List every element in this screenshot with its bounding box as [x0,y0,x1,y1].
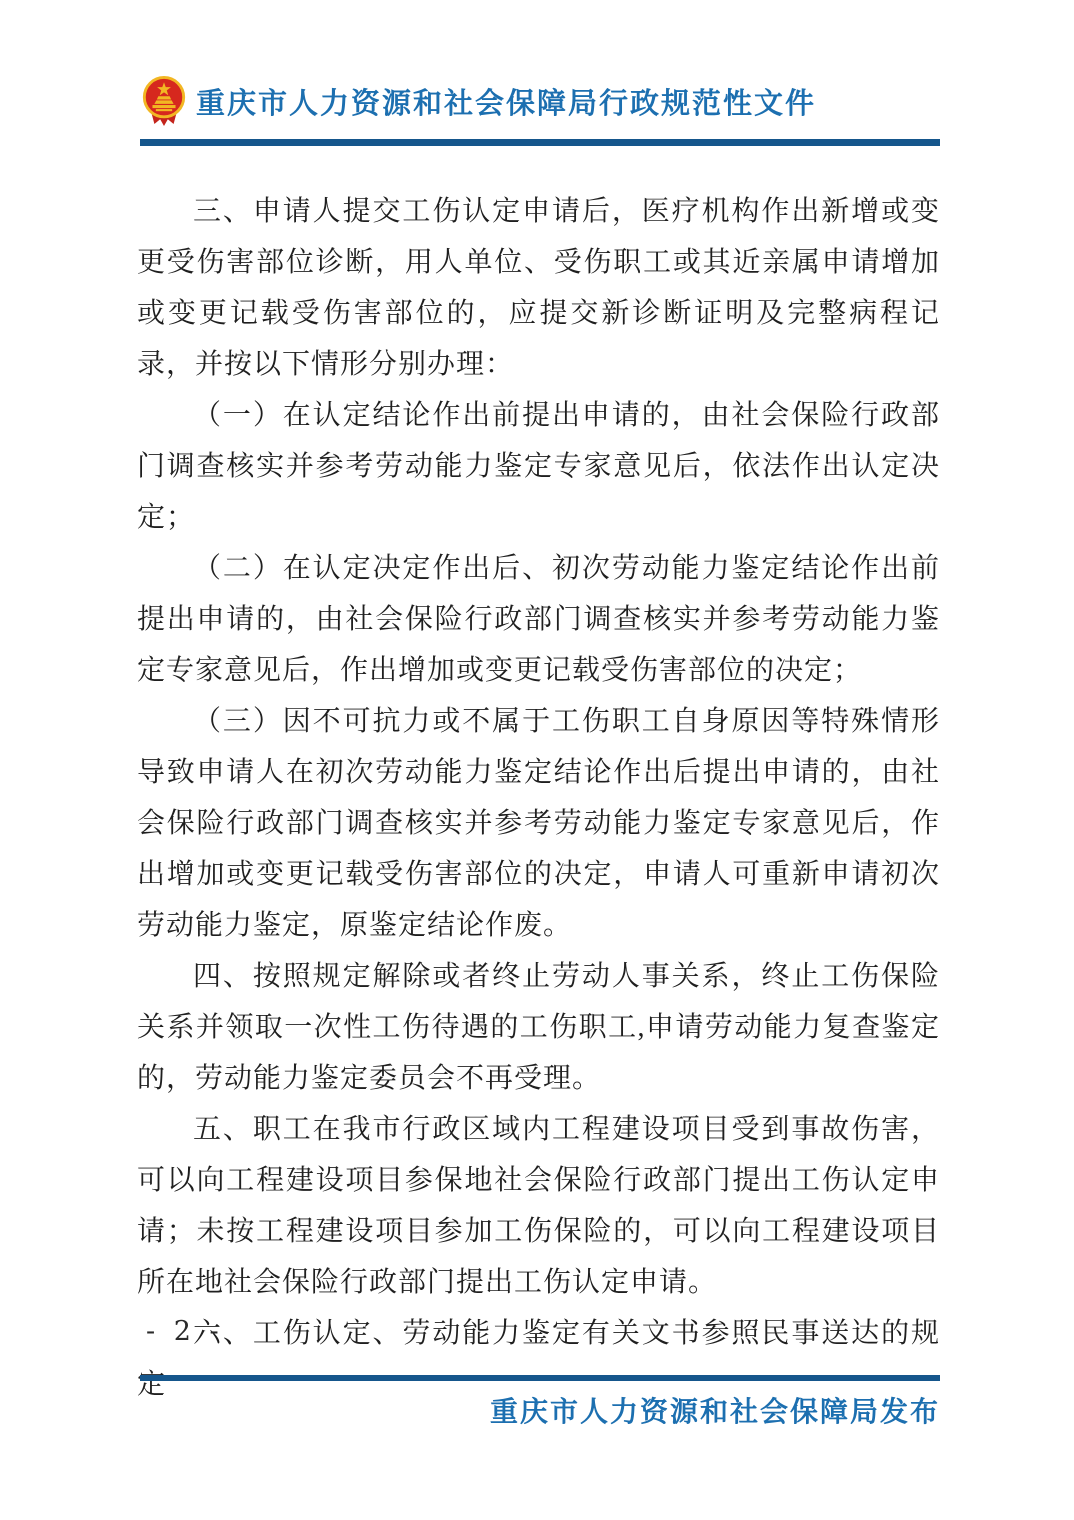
paragraph-item-3: 三、申请人提交工伤认定申请后，医疗机构作出新增或变更受伤害部位诊断，用人单位、受… [137,186,940,390]
national-emblem-icon [140,74,188,128]
publisher-label: 重庆市人力资源和社会保障局发布 [137,1390,940,1430]
document-page: 重庆市人力资源和社会保障局行政规范性文件 三、申请人提交工伤认定申请后，医疗机构… [0,0,1074,1520]
paragraph-sub-3: （三）因不可抗力或不属于工伤职工自身原因等特殊情形导致申请人在初次劳动能力鉴定结… [137,696,940,951]
paragraph-item-5: 五、职工在我市行政区域内工程建设项目受到事故伤害，可以向工程建设项目参保地社会保… [137,1104,940,1308]
paragraph-sub-1: （一）在认定结论作出前提出申请的，由社会保险行政部门调查核实并参考劳动能力鉴定专… [137,390,940,543]
paragraph-item-4: 四、按照规定解除或者终止劳动人事关系，终止工伤保险关系并领取一次性工伤待遇的工伤… [137,951,940,1104]
document-body: 三、申请人提交工伤认定申请后，医疗机构作出新增或变更受伤害部位诊断，用人单位、受… [137,186,940,1410]
page-number: - 2 - [146,1316,224,1347]
page-header: 重庆市人力资源和社会保障局行政规范性文件 [140,74,940,128]
footer-divider-rule [140,1375,940,1381]
header-divider-rule [140,139,940,146]
paragraph-sub-2: （二）在认定决定作出后、初次劳动能力鉴定结论作出前提出申请的，由社会保险行政部门… [137,543,940,696]
document-type-title: 重庆市人力资源和社会保障局行政规范性文件 [196,81,816,122]
